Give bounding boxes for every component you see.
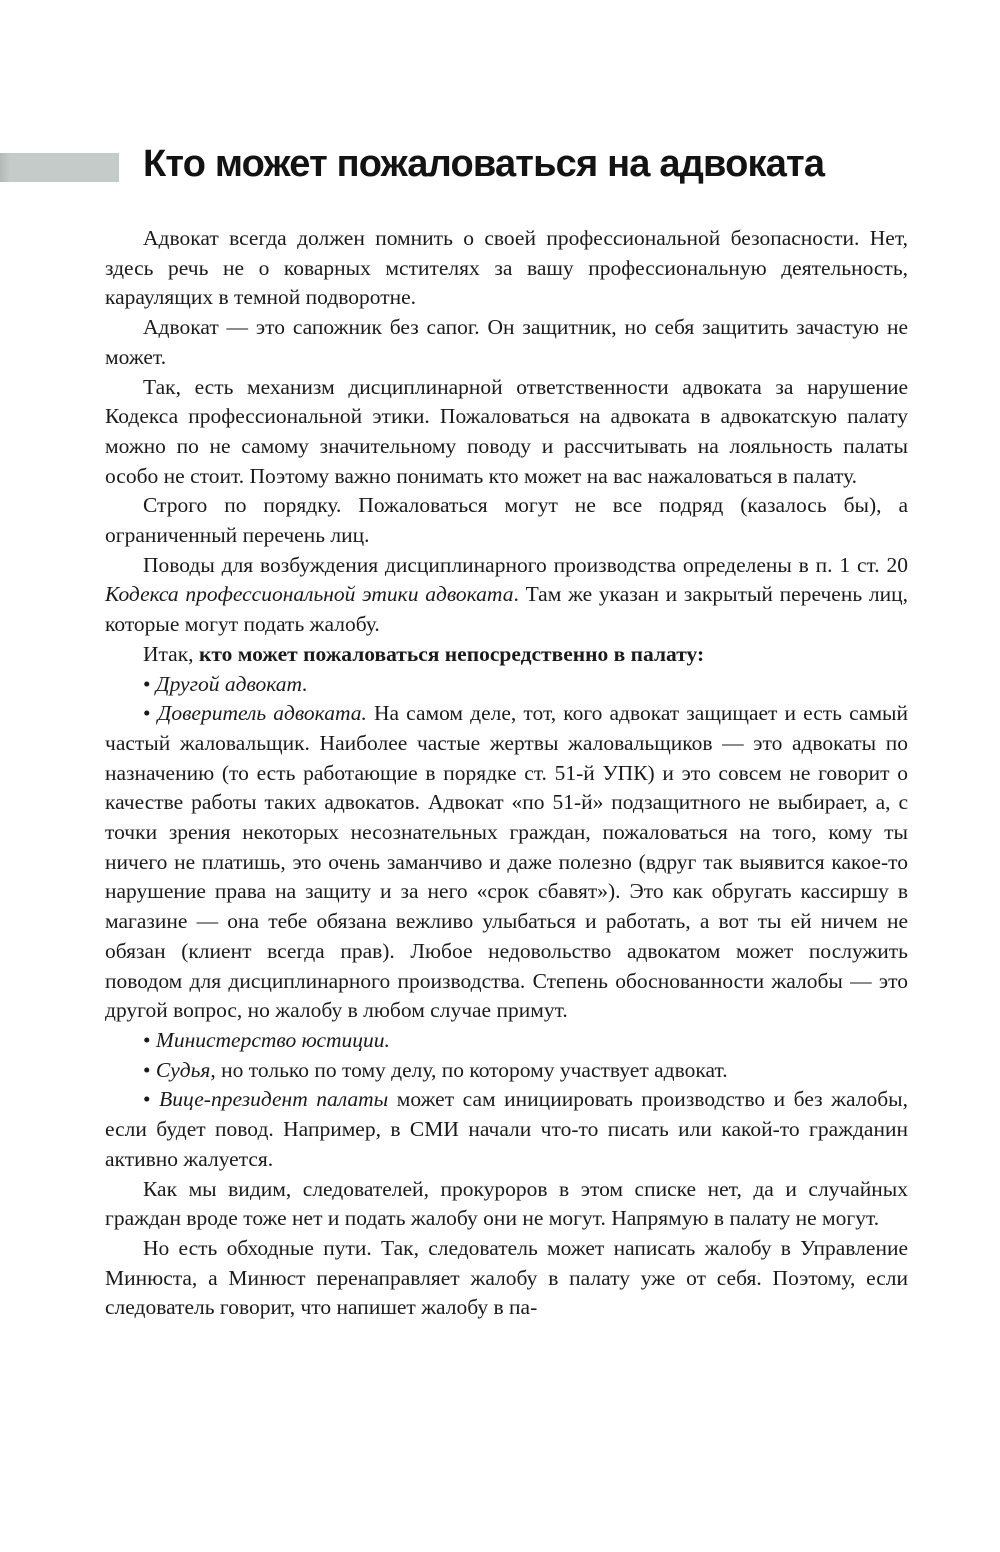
bullet-item: • Министерство юстиции.: [105, 1026, 908, 1056]
paragraph: Так, есть механизм дисциплинарной ответс…: [105, 373, 908, 492]
bullet-marker: •: [143, 701, 158, 725]
bullet-marker: •: [143, 672, 156, 696]
text-run-normal: Итак,: [143, 642, 199, 666]
text-run-italic: Вице-президент палаты: [159, 1087, 388, 1111]
paragraph: Адвокат — это сапожник без сапог. Он защ…: [105, 313, 908, 372]
chapter-accent-bar: [0, 153, 119, 182]
text-run-italic: Кодекса профессиональной этики адвоката: [105, 582, 513, 606]
chapter-title: Кто может пожаловаться на адвоката: [143, 143, 824, 187]
text-run-italic: Министерство юстиции.: [156, 1028, 390, 1052]
text-run-bold: кто может пожаловаться непосредственно в…: [199, 642, 704, 666]
text-run-normal: , но только по тому делу, по которому уч…: [210, 1058, 727, 1082]
paragraph: Итак, кто может пожаловаться непосредств…: [105, 640, 908, 670]
bullet-item: • Доверитель адвоката. На самом деле, то…: [105, 699, 908, 1026]
bullet-marker: •: [143, 1028, 156, 1052]
text-run-italic: Доверитель адвоката.: [158, 701, 367, 725]
text-run-italic: Другой адвокат.: [156, 672, 308, 696]
paragraph: Поводы для возбуждения дисциплинарного п…: [105, 551, 908, 640]
text-run-normal: Адвокат — это сапожник без сапог. Он защ…: [105, 315, 908, 369]
text-run-italic: Судья: [156, 1058, 210, 1082]
bullet-item: • Вице-президент палаты может сам иниции…: [105, 1085, 908, 1174]
text-run-normal: Строго по порядку. Пожаловаться могут не…: [105, 493, 908, 547]
text-run-normal: Но есть обходные пути. Так, следователь …: [105, 1236, 908, 1319]
bullet-item: • Судья, но только по тому делу, по кото…: [105, 1056, 908, 1086]
text-run-normal: Поводы для возбуждения дисциплинарного п…: [143, 553, 908, 577]
paragraph: Строго по порядку. Пожаловаться могут не…: [105, 491, 908, 550]
chapter-body: Адвокат всегда должен помнить о своей пр…: [105, 224, 908, 1323]
paragraph: Но есть обходные пути. Так, следователь …: [105, 1234, 908, 1323]
bullet-marker: •: [143, 1087, 159, 1111]
text-run-normal: Как мы видим, следователей, прокуроров в…: [105, 1177, 908, 1231]
book-page: Кто может пожаловаться на адвоката Адвок…: [0, 0, 1000, 1552]
text-run-normal: Адвокат всегда должен помнить о своей пр…: [105, 226, 908, 309]
bullet-item: • Другой адвокат.: [105, 670, 908, 700]
paragraph: Как мы видим, следователей, прокуроров в…: [105, 1175, 908, 1234]
bullet-marker: •: [143, 1058, 156, 1082]
paragraph: Адвокат всегда должен помнить о своей пр…: [105, 224, 908, 313]
text-run-normal: Так, есть механизм дисциплинарной ответс…: [105, 375, 908, 488]
text-run-normal: На самом деле, тот, кого адвокат защищае…: [105, 701, 908, 1022]
